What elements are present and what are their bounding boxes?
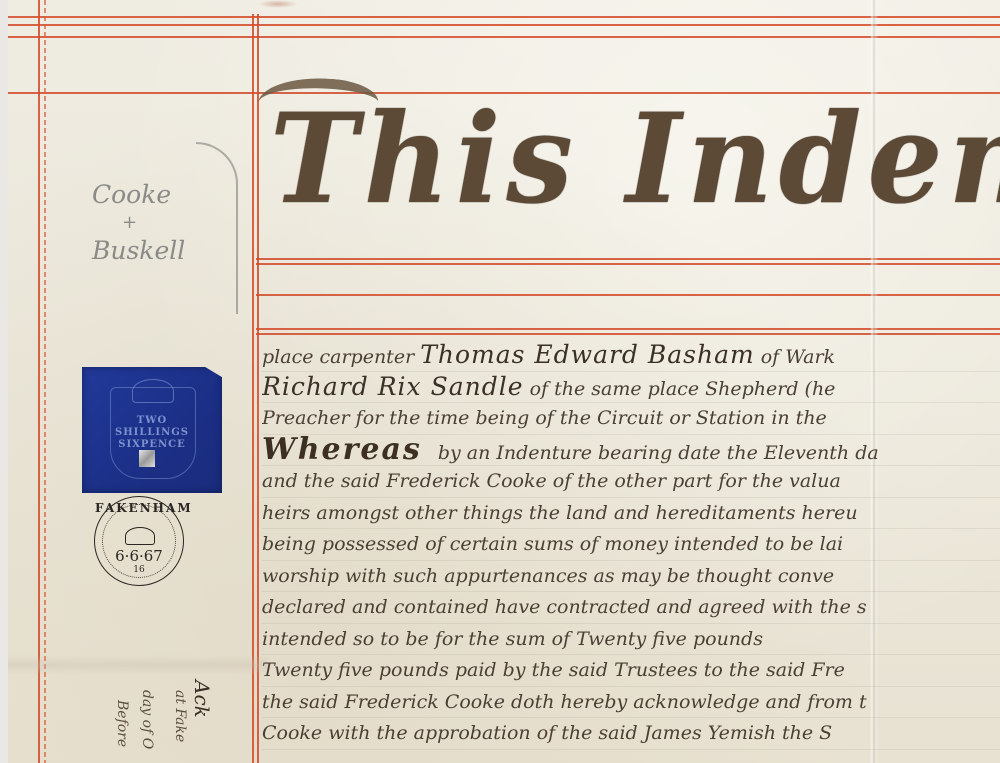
text-line: Cooke with the approbation of the said J… (262, 718, 1000, 750)
text-line: being possessed of certain sums of money… (262, 529, 1000, 561)
note-ampersand: + (92, 212, 185, 234)
acknowledgment-note: day of O (139, 690, 155, 749)
rule-line (8, 16, 1000, 18)
crown-icon (125, 527, 155, 545)
line-text: of the same place Shepherd (he (524, 378, 836, 400)
document-title: This Indentu (270, 97, 1000, 221)
crown-icon (132, 379, 174, 403)
rule-line (256, 258, 1000, 260)
text-line: intended so to be for the sum of Twenty … (262, 624, 1000, 656)
postmark-town: FAKENHAM (95, 501, 183, 515)
deed-body: place carpenter Thomas Edward Basham of … (262, 340, 1000, 750)
rule-line (256, 333, 1000, 335)
line-text: worship with such appurtenances as may b… (262, 565, 834, 587)
line-text: Cooke with the approbation of the said J… (262, 722, 832, 744)
rule-line (256, 328, 1000, 330)
text-line: worship with such appurtenances as may b… (262, 561, 1000, 593)
rule-line (256, 263, 1000, 265)
text-line: Whereasby an Indenture bearing date the … (262, 435, 1000, 467)
margin-rule (252, 14, 254, 763)
margin-rule (257, 14, 259, 763)
whereas-heading: Whereas (262, 432, 422, 467)
margin-rule (44, 0, 46, 763)
line-text: of Wark (755, 346, 835, 368)
rule-line (8, 24, 1000, 26)
line-text: the said Frederick Cooke doth hereby ack… (262, 691, 867, 713)
text-line: heirs amongst other things the land and … (262, 498, 1000, 530)
text-line: place carpenter Thomas Edward Basham of … (262, 340, 1000, 372)
line-text: place carpenter (262, 346, 420, 368)
foil-tag (139, 450, 155, 467)
stamp-text-1: TWO (112, 415, 192, 427)
text-line: the said Frederick Cooke doth hereby ack… (262, 687, 1000, 719)
postmark-date: 6·6·67 (95, 547, 183, 565)
acknowledgment-note: at Fake (172, 690, 188, 742)
text-line: declared and contained have contracted a… (262, 592, 1000, 624)
line-text: Preacher for the time being of the Circu… (262, 407, 827, 429)
paper-crease (8, 655, 268, 675)
line-text: declared and contained have contracted a… (262, 596, 867, 618)
line-text: by an Indenture bearing date the Elevent… (438, 442, 879, 464)
pencil-bracket (196, 142, 238, 314)
stamp-text-2: SHILLINGS (112, 427, 192, 439)
line-text: Twenty five pounds paid by the said Trus… (262, 659, 845, 681)
margin-rule (38, 0, 40, 763)
text-line: and the said Frederick Cooke of the othe… (262, 466, 1000, 498)
line-text: and the said Frederick Cooke of the othe… (262, 470, 841, 492)
party-name: Thomas Edward Basham (420, 340, 755, 369)
line-text: heirs amongst other things the land and … (262, 502, 858, 524)
acknowledgment-note: Ack (190, 680, 214, 718)
rule-line (256, 294, 1000, 296)
postmark: FAKENHAM 6·6·67 16 (94, 496, 184, 586)
pencil-margin-note: Cooke + Buskell (92, 178, 185, 268)
stamp-value: TWO SHILLINGS SIXPENCE (112, 415, 192, 451)
note-name-2: Buskell (92, 236, 185, 265)
rule-line (8, 36, 1000, 38)
party-name: Richard Rix Sandle (262, 372, 524, 401)
line-text: intended so to be for the sum of Twenty … (262, 628, 763, 650)
line-text: being possessed of certain sums of money… (262, 533, 843, 555)
revenue-stamp: TWO SHILLINGS SIXPENCE (82, 367, 222, 493)
note-name-1: Cooke (92, 180, 171, 209)
text-line: Preacher for the time being of the Circu… (262, 403, 1000, 435)
postmark-number: 16 (95, 565, 183, 575)
text-line: Twenty five pounds paid by the said Trus… (262, 655, 1000, 687)
seal-residue (258, 0, 298, 8)
acknowledgment-note: Before (114, 700, 130, 747)
text-line: Richard Rix Sandle of the same place She… (262, 372, 1000, 404)
